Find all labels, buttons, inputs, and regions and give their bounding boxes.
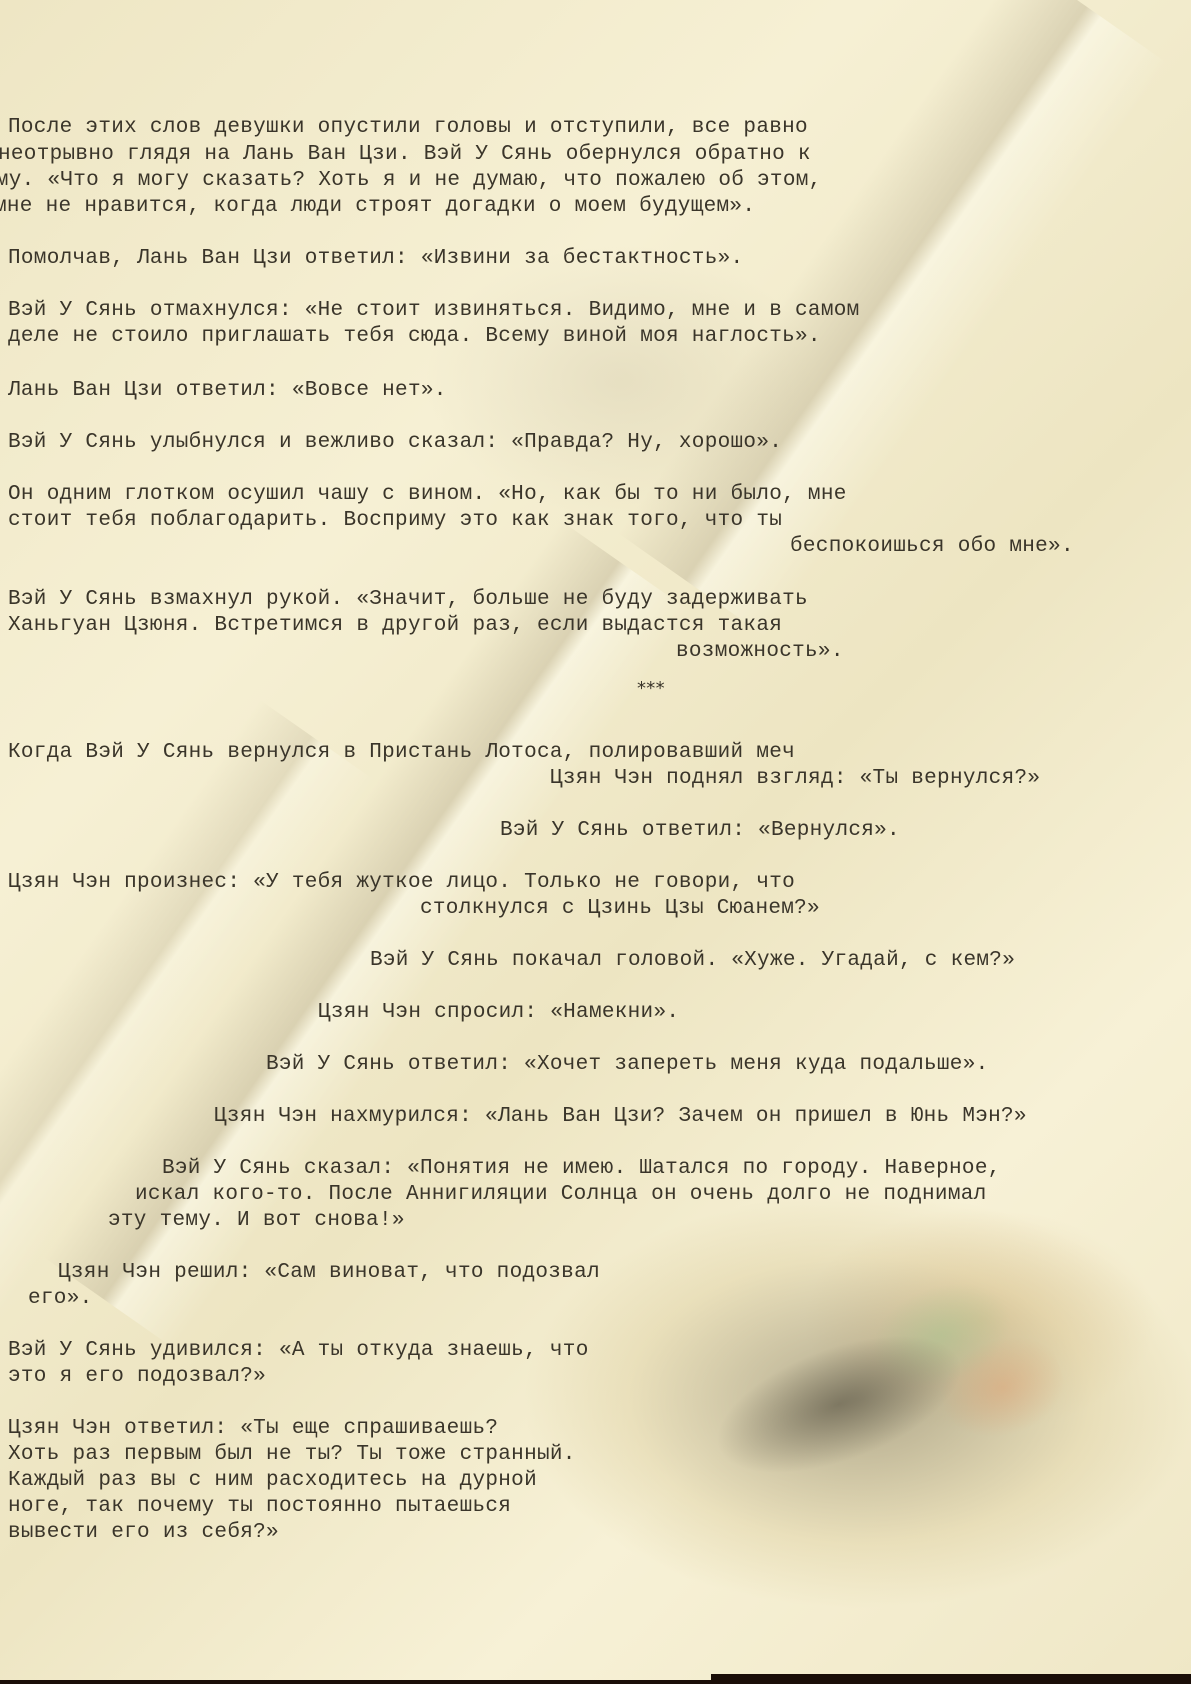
text-line: деле не стоило приглашать тебя сюда. Все… — [8, 324, 821, 350]
text-line: Ханьгуан Цзюня. Встретимся в другой раз,… — [8, 613, 782, 639]
text-line: Вэй У Сянь сказал: «Понятия не имею. Шат… — [162, 1156, 1001, 1182]
text-line: Вэй У Сянь отмахнулся: «Не стоит извинят… — [8, 298, 860, 324]
text-line: вывести его из себя?» — [8, 1520, 279, 1546]
text-line: Цзян Чэн произнес: «У тебя жуткое лицо. … — [8, 870, 795, 896]
text-line: мне не нравится, когда люди строят догад… — [0, 194, 755, 220]
text-line: Цзян Чэн решил: «Сам виноват, что подозв… — [58, 1260, 600, 1286]
section-separator: *** — [637, 676, 665, 702]
text-line: это я его подозвал?» — [8, 1364, 266, 1390]
text-line: Вэй У Сянь покачал головой. «Хуже. Угада… — [370, 948, 1015, 974]
text-line: неотрывно глядя на Лань Ван Цзи. Вэй У С… — [0, 142, 811, 168]
text-line: стоит тебя поблагодарить. Восприму это к… — [8, 508, 782, 534]
text-line: столкнулся с Цзинь Цзы Сюанем?» — [420, 896, 820, 922]
text-line: Вэй У Сянь улыбнулся и вежливо сказал: «… — [8, 430, 782, 456]
bottom-edge — [0, 1680, 1191, 1684]
text-line: эту тему. И вот снова!» — [108, 1208, 405, 1234]
text-line: Вэй У Сянь ответил: «Хочет запереть меня… — [266, 1052, 989, 1078]
text-line: возможность». — [676, 639, 844, 665]
text-line: Каждый раз вы с ним расходитесь на дурно… — [8, 1468, 537, 1494]
text-line: нему. «Что я могу сказать? Хоть я и не д… — [0, 168, 822, 194]
text-line: Цзян Чэн ответил: «Ты еще спрашиваешь? — [8, 1416, 498, 1442]
text-line: Цзян Чэн нахмурился: «Лань Ван Цзи? Заче… — [214, 1104, 1027, 1130]
text-line: Вэй У Сянь ответил: «Вернулся». — [500, 818, 900, 844]
text-line: Хоть раз первым был не ты? Ты тоже стран… — [8, 1442, 576, 1468]
text-line: ноге, так почему ты постоянно пытаешься — [8, 1494, 511, 1520]
text-line: Вэй У Сянь взмахнул рукой. «Значит, боль… — [8, 587, 808, 613]
text-line: Когда Вэй У Сянь вернулся в Пристань Лот… — [8, 740, 795, 766]
text-line: Помолчав, Лань Ван Цзи ответил: «Извини … — [8, 246, 743, 272]
text-line: После этих слов девушки опустили головы … — [8, 115, 808, 141]
text-line: Он одним глотком осушил чашу с вином. «Н… — [8, 482, 847, 508]
text-line: его». — [28, 1286, 93, 1312]
text-line: искал кого-то. После Аннигиляции Солнца … — [135, 1182, 987, 1208]
text-line: Цзян Чэн спросил: «Намекни». — [318, 1000, 679, 1026]
text-line: беспокоишься обо мне». — [790, 534, 1074, 560]
text-line: Лань Ван Цзи ответил: «Вовсе нет». — [8, 378, 447, 404]
text-line: Цзян Чэн поднял взгляд: «Ты вернулся?» — [550, 766, 1040, 792]
text-line: Вэй У Сянь удивился: «А ты откуда знаешь… — [8, 1338, 589, 1364]
